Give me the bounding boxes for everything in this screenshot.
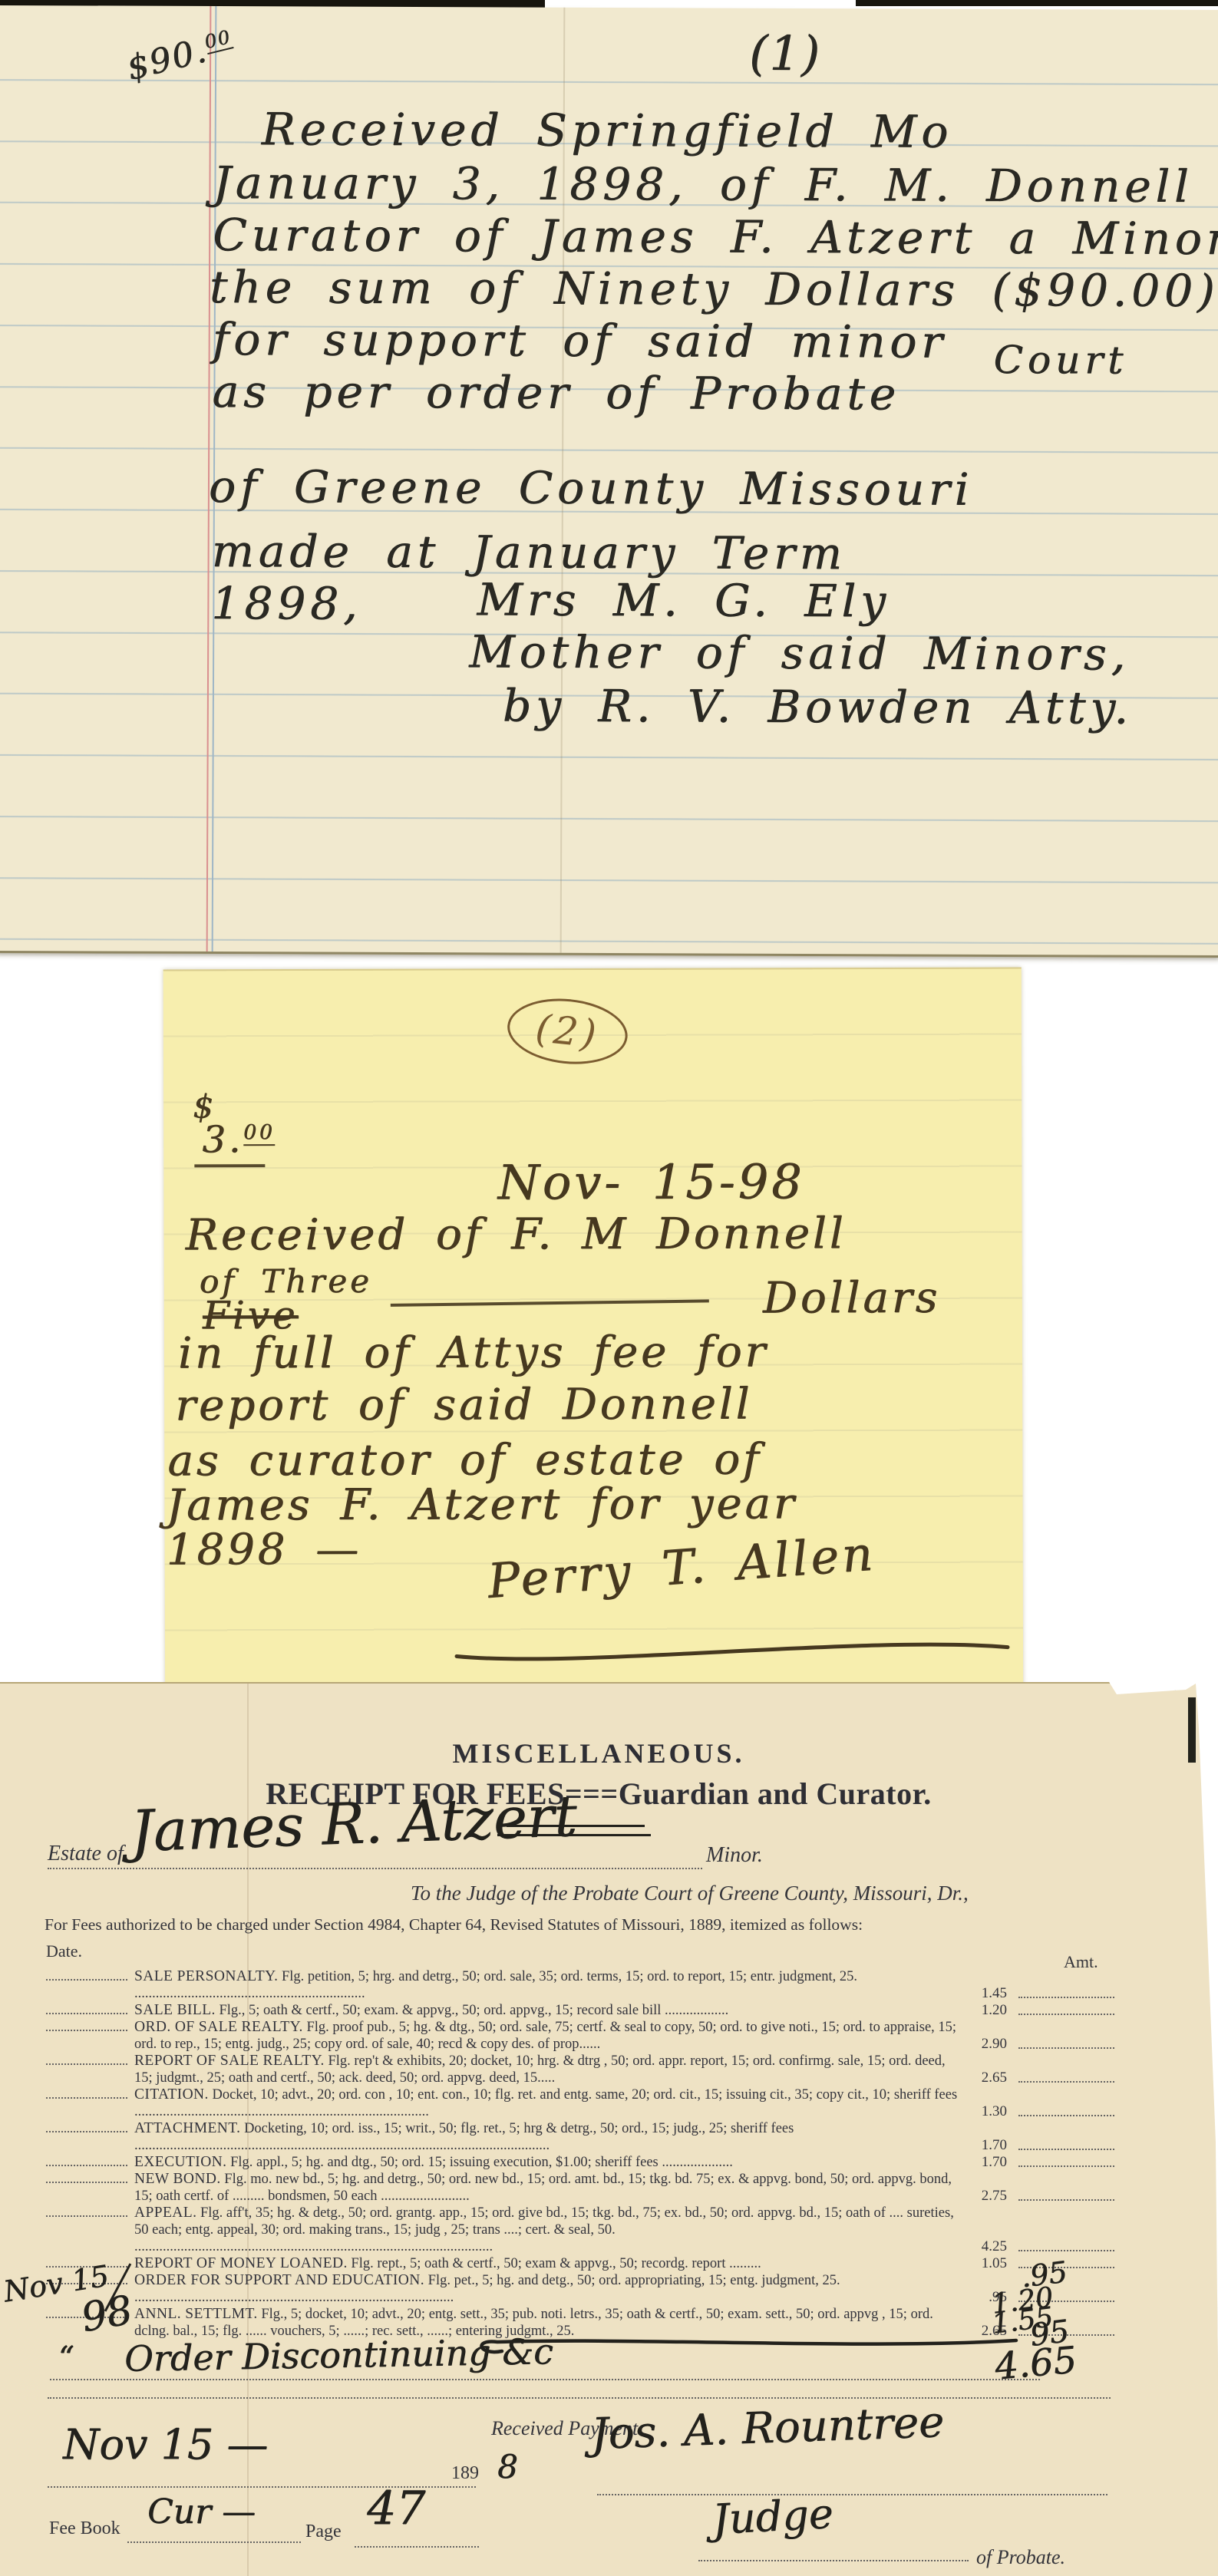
form-title: MISCELLANEOUS. <box>0 1737 1197 1770</box>
amt-column-dots <box>1018 2081 1114 2083</box>
date-column-dots <box>46 2165 127 2166</box>
fee-item-detail: Flg., 5; oath & certf., 50; exam. & appv… <box>219 2003 728 2018</box>
authorization-line: For Fees authorized to be charged under … <box>45 1915 863 1934</box>
date-column-dots <box>46 2063 127 2065</box>
receipt-line: in full of Attys fee for <box>178 1327 768 1378</box>
receipt-line: report of said Donnell <box>175 1379 752 1430</box>
dollars-word: Dollars <box>763 1273 940 1324</box>
scanned-documents-page: (1) $90.00 Received Springfield Mo Janua… <box>0 0 1218 2576</box>
corner-amount-cents: 00 <box>203 26 234 54</box>
date-column-dots <box>46 2030 127 2031</box>
receipt-line: of Greene County Missouri <box>209 460 973 516</box>
receipt-2-paper: (2) $ 3.00 Nov- 15-98 Received of F. M D… <box>163 968 1024 1739</box>
receipt-line: for support of said minor <box>213 313 947 368</box>
receipt-1-paper: (1) $90.00 Received Springfield Mo Janua… <box>0 5 1218 958</box>
fee-item-name: EXECUTION. <box>134 2154 226 2170</box>
fee-item-execution: EXECUTION. Flg. appl., 5; hg. and dtg., … <box>46 2154 1114 2171</box>
footer-date-handwritten: Nov 15 — <box>63 2420 268 2469</box>
fee-item-appeal: APPEAL. Flg. aff't, 35; hg. & detg., 50;… <box>46 2205 1114 2255</box>
page-label: Page <box>305 2522 342 2542</box>
fee-form-paper: MISCELLANEOUS. RECEIPT FOR FEES===Guardi… <box>0 1682 1218 2576</box>
received-line: Received of F. M Donnell <box>186 1209 847 1260</box>
extra-item-dotted-line <box>50 2379 1040 2380</box>
amt-column-dots <box>1018 2014 1114 2015</box>
fee-item-name: ANNL. SETTLMT. <box>134 2306 258 2322</box>
amt-column-dots <box>1018 2047 1114 2049</box>
torn-edge-smudge <box>1122 1684 1176 1692</box>
fee-item-amount: 1.20 <box>982 2002 1007 2019</box>
amount-dollars: 3. <box>202 1118 243 1161</box>
fee-item-detail: Docket, 10; advt., 20; ord. con , 10; en… <box>134 2087 957 2119</box>
fee-book-line <box>127 2541 301 2543</box>
estate-label: Estate of <box>48 1842 124 1866</box>
fee-item-ord-sale-realty: ORD. OF SALE REALTY. Flg. proof pub., 5;… <box>46 2019 1114 2053</box>
fee-item-amount: 2.65 <box>982 2070 1007 2086</box>
minor-label: Minor. <box>706 1843 763 1868</box>
year-printed: 189 <box>451 2463 479 2484</box>
signer-name: Mrs M. G. Ely <box>477 573 890 627</box>
receipt-line: Curator of James F. Atzert a Minor, <box>213 209 1218 265</box>
fee-item-name: ORD. OF SALE REALTY. <box>134 2019 303 2035</box>
amt-column-dots <box>1018 2165 1114 2167</box>
pen-stroke <box>507 1825 645 1827</box>
receipt-line-raised-word: Court <box>994 338 1128 383</box>
attorney-line: by R. V. Bowden Atty. <box>503 679 1133 734</box>
receipt-line: 1898 — <box>167 1525 361 1575</box>
date-column-header: Date. <box>46 1941 82 1961</box>
date-column-dots <box>46 2097 127 2099</box>
signature-flourish <box>449 1634 1017 1666</box>
fee-item-order-support-education: ORDER FOR SUPPORT AND EDUCATION. Flg. pe… <box>46 2272 1114 2306</box>
fee-item-amount: 1.70 <box>982 2154 1007 2171</box>
fee-item-report-money-loaned: REPORT OF MONEY LOANED. Flg. rept., 5; o… <box>46 2255 1114 2272</box>
receipt-line: as curator of estate of <box>167 1434 761 1486</box>
page-number: (1) <box>749 25 821 81</box>
scan-edge-right <box>856 0 1218 6</box>
date-column-dots <box>46 1979 127 1981</box>
estate-name-line <box>48 1868 702 1869</box>
fee-book-value: Cur — <box>147 2492 256 2531</box>
fee-item-new-bond: NEW BOND. Flg. mo. new bd., 5; hg. and d… <box>46 2171 1114 2205</box>
pen-stroke <box>497 1834 651 1836</box>
fee-item-sale-personalty: SALE PERSONALTY. Flg. petition, 5; hrg. … <box>46 1968 1114 2002</box>
year-digit-handwritten: 8 <box>497 2448 518 2485</box>
receipt-line: Received Springfield Mo <box>262 103 953 157</box>
date-line: Nov- 15-98 <box>497 1153 804 1210</box>
judge-signature: Jos. A. Rountree <box>590 2397 945 2459</box>
amt-column-dots <box>1018 2199 1114 2201</box>
fee-item-name: APPEAL. <box>134 2205 196 2221</box>
fee-item-amount: 1.45 <box>982 1985 1007 2002</box>
margin-date-year: 98 <box>78 2287 136 2342</box>
fee-item-amount: 1.05 <box>982 2255 1007 2272</box>
fee-book-label: Fee Book <box>49 2518 120 2539</box>
addressee-line: To the Judge of the Probate Court of Gre… <box>411 1882 969 1905</box>
date-column-dots <box>46 2013 127 2014</box>
fee-item-name: REPORT OF MONEY LOANED. <box>134 2255 348 2271</box>
fee-item-name: ATTACHMENT. <box>134 2120 240 2136</box>
handwritten-total: 4.65 <box>993 2338 1078 2388</box>
amt-column-dots <box>1018 1997 1114 1998</box>
page-value: 47 <box>367 2482 425 2535</box>
receipt-line: January 3, 1898, of F. M. Donnell <box>213 157 1193 213</box>
fee-item-amount: 4.25 <box>982 2238 1007 2255</box>
ditto-mark: “ <box>58 2340 74 2376</box>
fee-item-amount: 1.70 <box>982 2137 1007 2154</box>
fee-item-attachment: ATTACHMENT. Docketing, 10; ord. iss., 15… <box>46 2120 1114 2154</box>
fee-item-detail: Flg. aff't, 35; hg. & detg., 50; ord. gr… <box>134 2205 954 2254</box>
fee-item-annual-settlement: ANNL. SETTLMT. Flg., 5; docket, 10; advt… <box>46 2306 1114 2340</box>
fee-item-name: ORDER FOR SUPPORT AND EDUCATION. <box>134 2272 424 2288</box>
amount-note: 3.00 <box>202 1118 276 1161</box>
date-column-dots <box>46 2215 127 2217</box>
fee-item-detail: Flg. mo. new bd., 5; hg. and detrg., 50;… <box>134 2172 952 2204</box>
fee-item-detail: Flg. rept., 5; oath & certf., 50; exam &… <box>351 2256 761 2271</box>
fee-item-name: SALE BILL. <box>134 2002 216 2018</box>
receipt-line: James F. Atzert for year <box>166 1479 797 1530</box>
signer-role: Mother of said Minors, <box>469 625 1130 680</box>
judge-word-handwritten: Judge <box>711 2489 834 2544</box>
date-column-dots <box>46 2182 127 2183</box>
amt-column-dots <box>1018 2250 1114 2251</box>
total-separator-line <box>48 2397 1111 2399</box>
fee-item-name: CITATION. <box>134 2086 209 2103</box>
fee-items-list: SALE PERSONALTY. Flg. petition, 5; hrg. … <box>46 1968 1114 2340</box>
date-column-dots <box>46 2131 127 2132</box>
fee-item-amount: 2.90 <box>982 2036 1007 2053</box>
fee-item-sale-bill: SALE BILL. Flg., 5; oath & certf., 50; e… <box>46 2002 1114 2019</box>
amt-column-dots <box>1018 2115 1114 2116</box>
receipt-line: made at January Term <box>212 525 847 579</box>
of-probate-label: of Probate. <box>976 2546 1065 2569</box>
receipt-line: 1898, <box>211 577 361 630</box>
fee-item-amount: 1.30 <box>982 2103 1007 2120</box>
amt-column-dots <box>1018 2149 1114 2150</box>
fee-item-detail: Flg. appl., 5; hg. and dtg., 50; ord. 15… <box>230 2155 733 2170</box>
fee-item-name: REPORT OF SALE REALTY. <box>134 2053 325 2069</box>
fee-item-amount: 2.75 <box>982 2188 1007 2205</box>
total-flourish <box>467 2336 1027 2357</box>
amount-cents: 00 <box>243 1120 276 1146</box>
fee-item-name: NEW BOND. <box>134 2171 221 2187</box>
fee-item-name: SALE PERSONALTY. <box>134 1968 278 1984</box>
signature-line <box>597 2494 1107 2495</box>
fee-item-citation: CITATION. Docket, 10; advt., 20; ord. co… <box>46 2086 1114 2120</box>
fee-item-report-sale-realty: REPORT OF SALE REALTY. Flg. rep't & exhi… <box>46 2053 1114 2086</box>
judge-line <box>698 2560 969 2561</box>
receipt-line: the sum of Ninety Dollars ($90.00) <box>210 261 1218 317</box>
amount-underline <box>194 1164 265 1167</box>
receipt-line: as per order of Probate <box>212 365 900 420</box>
page-line <box>355 2546 479 2548</box>
